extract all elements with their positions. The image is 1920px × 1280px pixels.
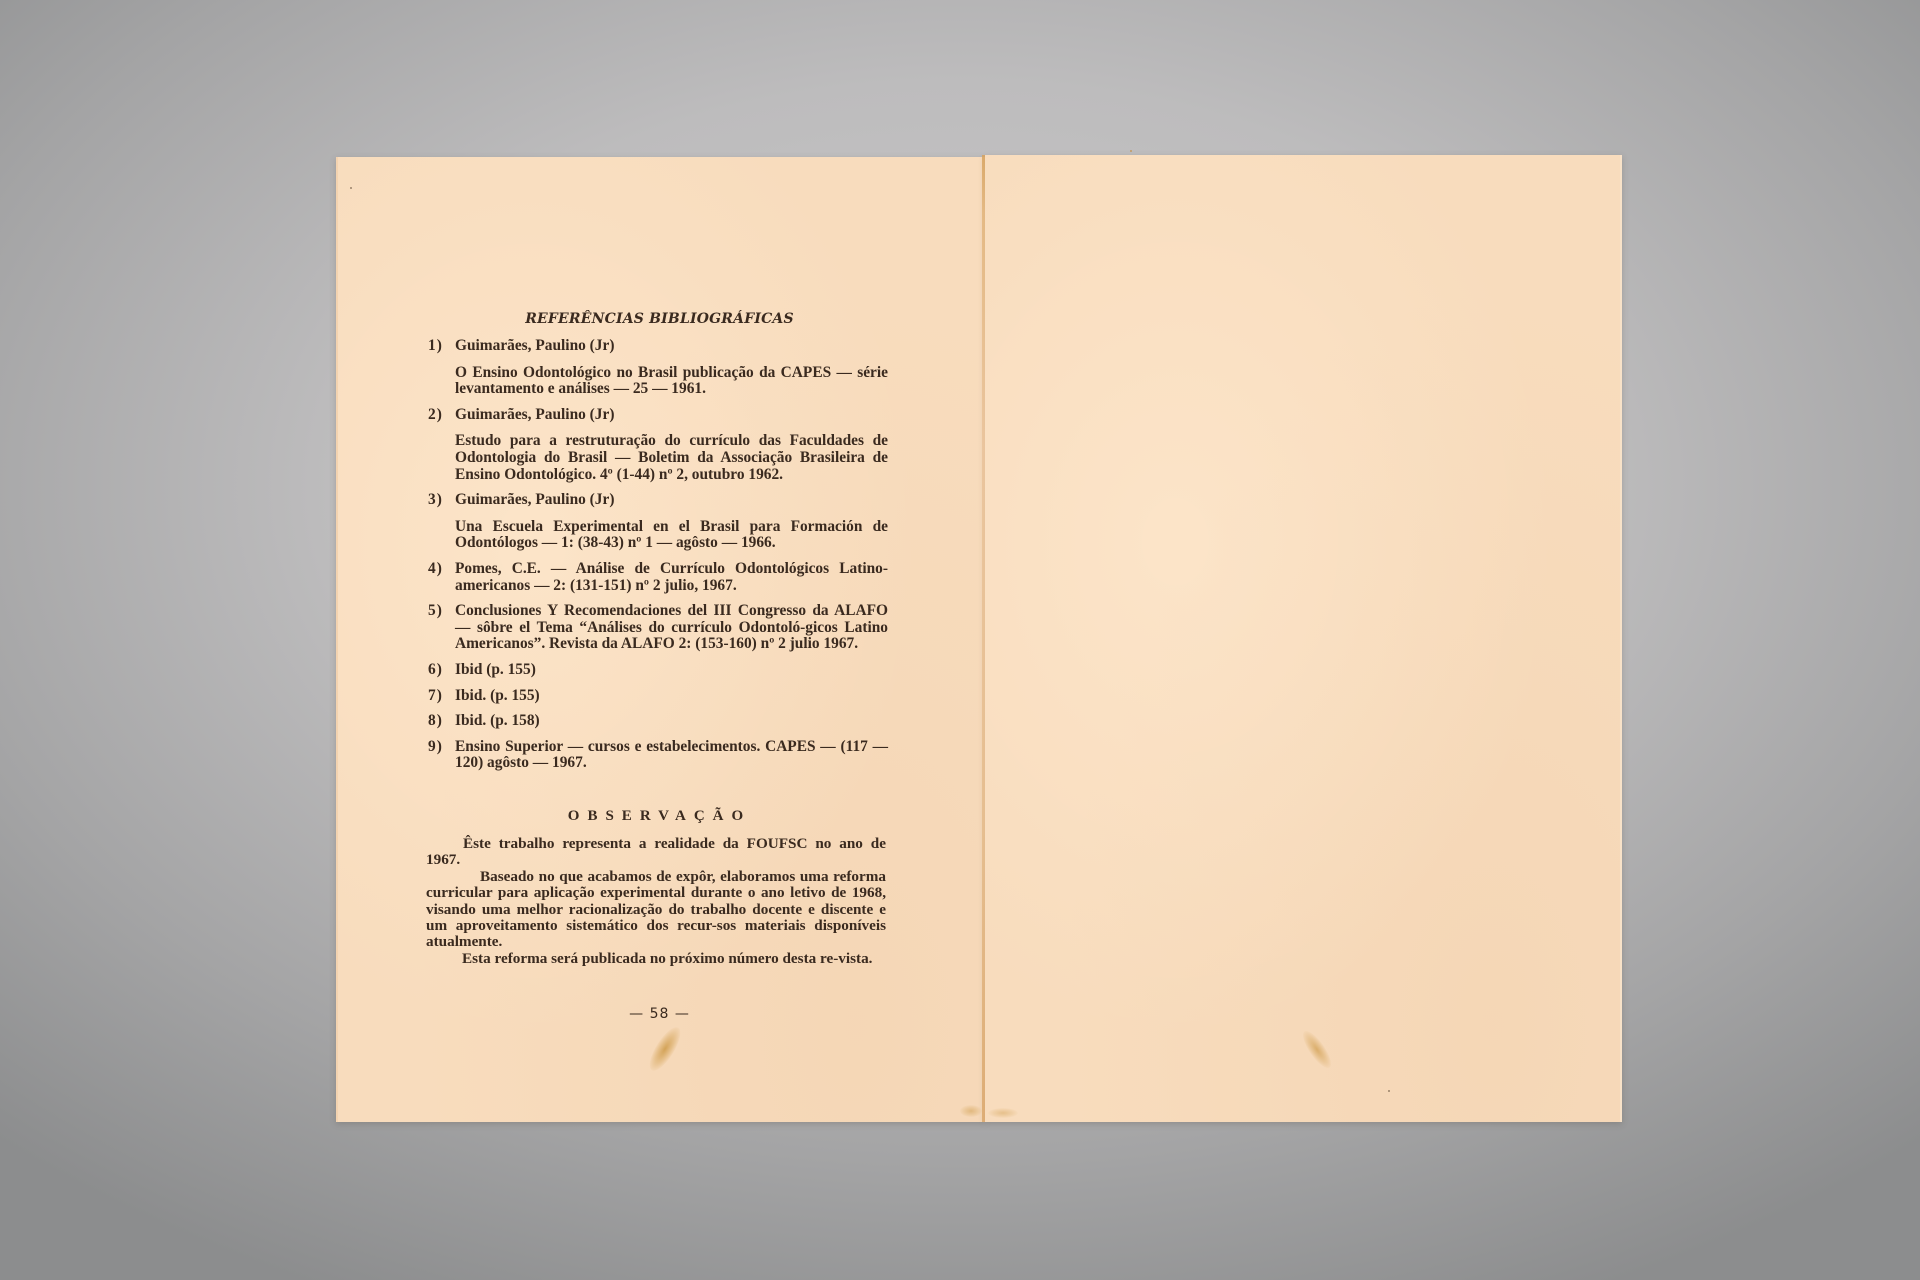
book-spine-gutter — [982, 155, 985, 1122]
observation-paragraph: Baseado no que acabamos de expôr, elabor… — [426, 869, 886, 951]
reference-text: Ibid (p. 155) — [455, 662, 888, 679]
paper-stain — [960, 1105, 982, 1117]
reference-number: 9) — [428, 739, 443, 756]
reference-number: 2) — [428, 407, 443, 424]
paper-speck — [1130, 150, 1132, 152]
reference-detail: Estudo para a restruturação do currículo… — [455, 433, 888, 483]
observation-heading: OBSERVAÇÃO — [336, 808, 983, 825]
observation-paragraph: Esta reforma será publicada no próximo n… — [426, 951, 886, 967]
observation-body: Êste trabalho representa a realidade da … — [426, 836, 886, 967]
reference-text: Conclusiones Y Recomendaciones del III C… — [455, 603, 888, 653]
page-number: — 58 — — [336, 1006, 983, 1022]
reference-text: Ibid. (p. 158) — [455, 713, 888, 730]
reference-number: 1) — [428, 338, 443, 355]
reference-item: 6) Ibid (p. 155) — [428, 662, 888, 679]
reference-item: 9) Ensino Superior — cursos e estabeleci… — [428, 739, 888, 772]
reference-author: Guimarães, Paulino (Jr) — [455, 338, 888, 355]
reference-number: 4) — [428, 561, 443, 578]
reference-author: Guimarães, Paulino (Jr) — [455, 407, 888, 424]
reference-number: 5) — [428, 603, 443, 620]
right-page-blank — [985, 155, 1622, 1122]
paper-speck — [350, 187, 352, 189]
reference-number: 7) — [428, 688, 443, 705]
reference-item: 8) Ibid. (p. 158) — [428, 713, 888, 730]
reference-item: 7) Ibid. (p. 155) — [428, 688, 888, 705]
reference-author: Guimarães, Paulino (Jr) — [455, 492, 888, 509]
reference-detail: O Ensino Odontológico no Brasil publicaç… — [455, 365, 888, 398]
reference-text: Ibid. (p. 155) — [455, 688, 888, 705]
reference-detail: Una Escuela Experimental en el Brasil pa… — [455, 519, 888, 552]
references-list: 1) Guimarães, Paulino (Jr) O Ensino Odon… — [428, 338, 888, 781]
reference-text: Pomes, C.E. — Análise de Currículo Odont… — [455, 561, 888, 594]
reference-item: 2) Guimarães, Paulino (Jr) Estudo para a… — [428, 407, 888, 483]
paper-stain — [988, 1108, 1018, 1118]
reference-item: 5) Conclusiones Y Recomendaciones del II… — [428, 603, 888, 653]
observation-paragraph: Êste trabalho representa a realidade da … — [426, 836, 886, 869]
references-heading: REFERÊNCIAS BIBLIOGRÁFICAS — [336, 311, 983, 327]
reference-item: 3) Guimarães, Paulino (Jr) Una Escuela E… — [428, 492, 888, 552]
reference-item: 4) Pomes, C.E. — Análise de Currículo Od… — [428, 561, 888, 594]
reference-text: Ensino Superior — cursos e estabelecimen… — [455, 739, 888, 772]
reference-number: 8) — [428, 713, 443, 730]
reference-item: 1) Guimarães, Paulino (Jr) O Ensino Odon… — [428, 338, 888, 398]
paper-speck — [1388, 1090, 1390, 1092]
reference-number: 6) — [428, 662, 443, 679]
reference-number: 3) — [428, 492, 443, 509]
